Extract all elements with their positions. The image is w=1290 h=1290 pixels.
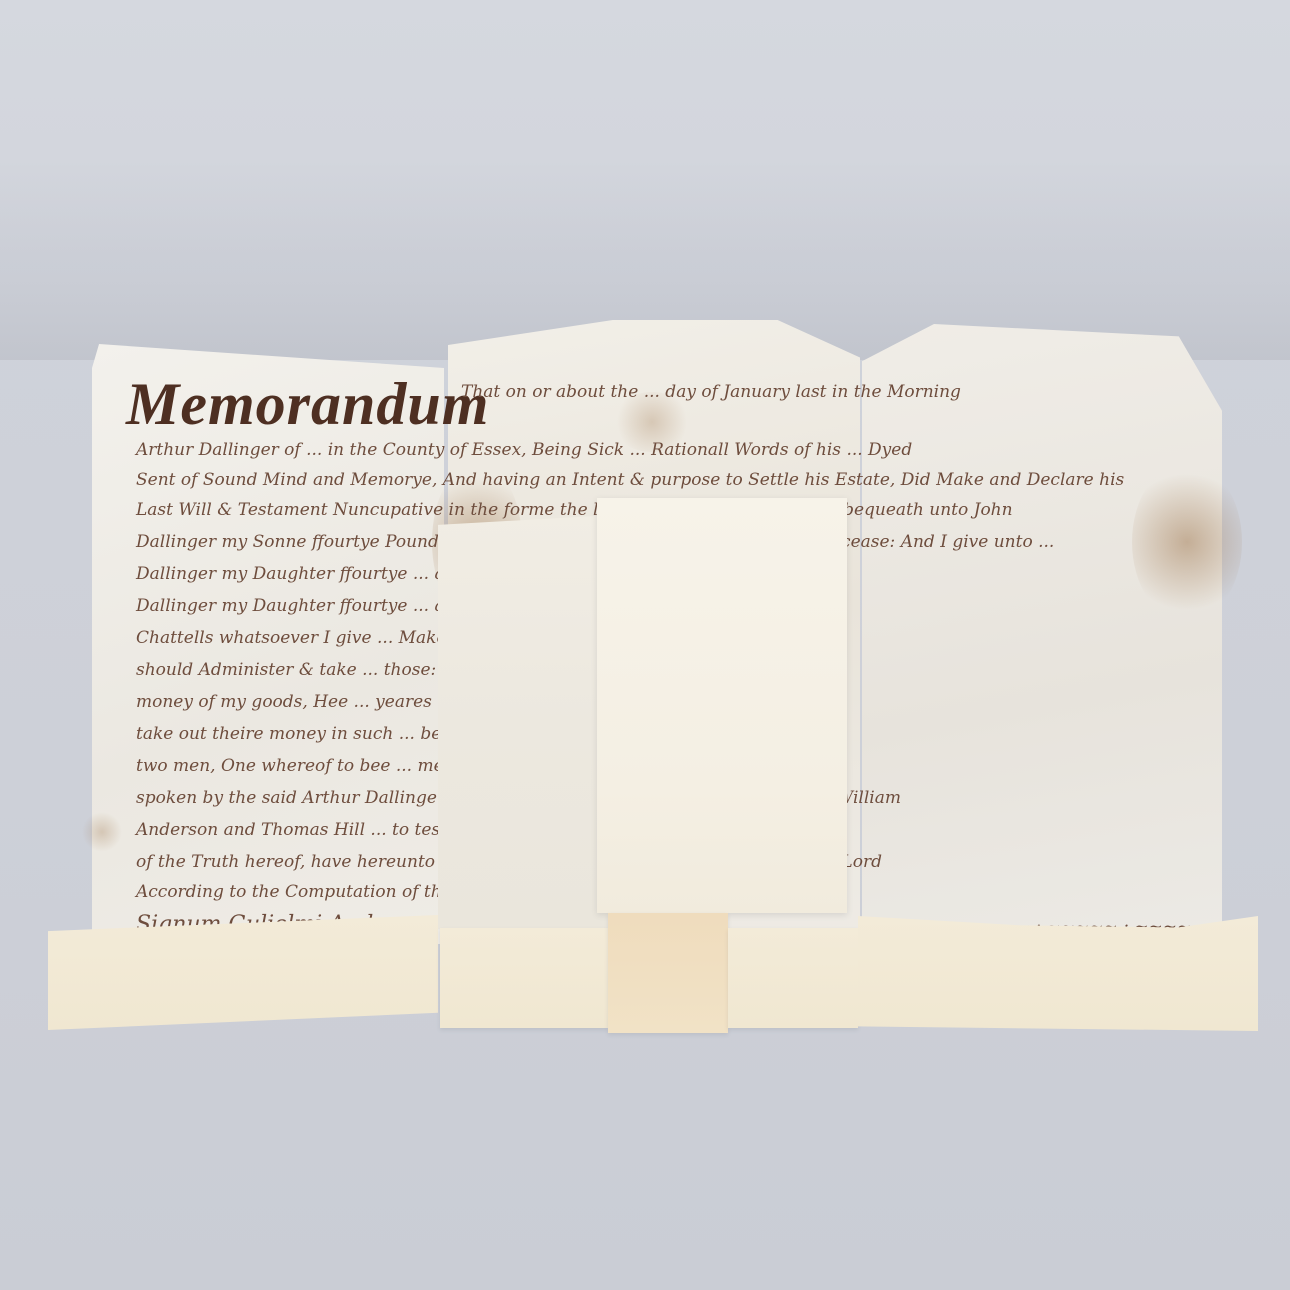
text-line: Sent of Sound Mind and Memorye, And havi… — [136, 470, 1124, 490]
document-title: Memorandum — [126, 370, 489, 439]
text-line: Arthur Dallinger of ... in the County of… — [136, 440, 912, 460]
stain — [1132, 462, 1242, 622]
blank-folded-flap-right — [597, 498, 847, 913]
folded-bottom-strip — [48, 915, 438, 1030]
text-line: That on or about the ... day of January … — [461, 382, 961, 402]
parchment-panel-right — [862, 324, 1222, 944]
folded-bottom-strip-stained — [608, 913, 728, 1033]
folded-bottom-strip — [858, 916, 1258, 1031]
text-line: Last Will & Testament Nuncupative in the… — [136, 500, 1013, 520]
folded-bottom-strip — [440, 928, 608, 1028]
stain — [82, 812, 122, 852]
folded-bottom-strip — [728, 928, 858, 1028]
